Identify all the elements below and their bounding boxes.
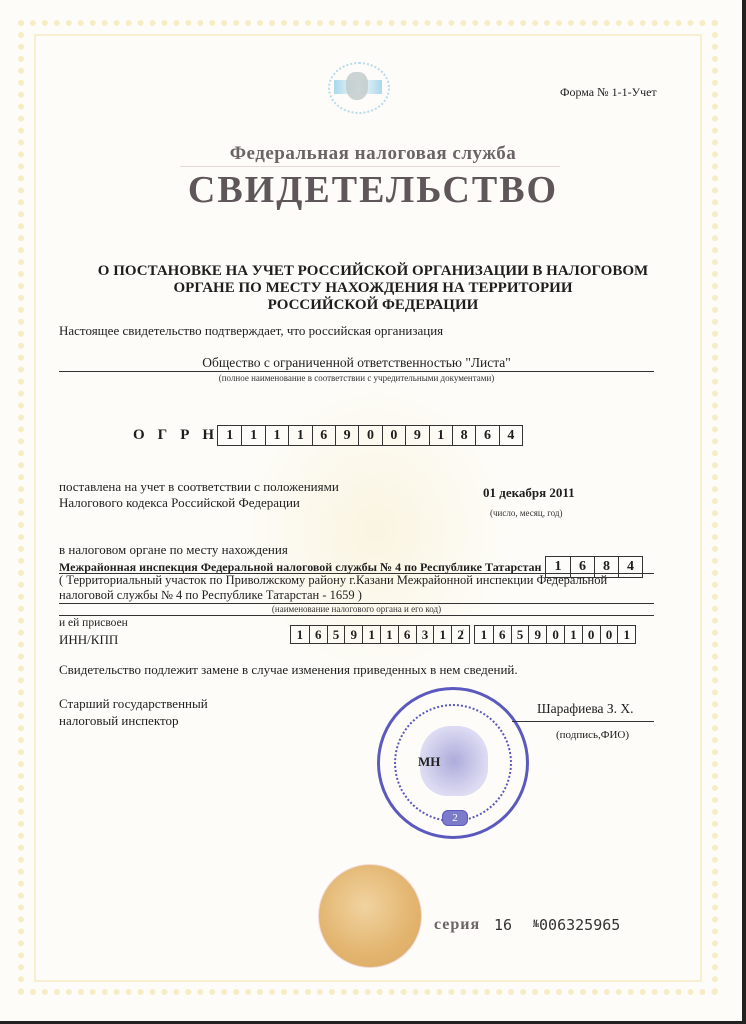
signature-caption: (подпись,ФИО) <box>556 729 629 741</box>
digit-cell: 0 <box>582 626 600 643</box>
registration-line: Налогового кодекса Российской Федерации <box>59 495 339 511</box>
digit-cell: 6 <box>312 426 335 445</box>
series-label: серия <box>434 916 480 934</box>
digit-cell: 6 <box>475 426 498 445</box>
subtitle-line: ОРГАНЕ ПО МЕСТУ НАХОЖДЕНИЯ НА ТЕРРИТОРИИ <box>0 280 746 297</box>
digit-cell: 1 <box>291 626 309 643</box>
digit-cell: 1 <box>241 426 264 445</box>
inn-digit-boxes: 1659116312 <box>290 625 470 644</box>
official-stamp: 2 <box>377 687 529 839</box>
org-name-caption: (полное наименование в соответствии с уч… <box>59 373 654 383</box>
document-title: СВИДЕТЕЛЬСТВО <box>0 168 746 212</box>
digit-cell: 9 <box>528 626 546 643</box>
position-line: Старший государственный <box>59 695 208 712</box>
tax-authority-lead: в налоговом органе по месту нахождения <box>59 542 288 558</box>
serial-number: №006325965 <box>533 916 620 934</box>
digit-cell: 5 <box>327 626 345 643</box>
inn-kpp-label: ИНН/КПП <box>59 632 118 648</box>
digit-cell: 8 <box>452 426 475 445</box>
digit-cell: 1 <box>362 626 380 643</box>
digit-cell: 9 <box>335 426 358 445</box>
digit-cell: 1 <box>475 626 493 643</box>
digit-cell: 0 <box>600 626 618 643</box>
digit-cell: 1 <box>218 426 241 445</box>
stamp-number: 2 <box>442 810 468 826</box>
ogrn-label: ОГРН <box>133 427 227 444</box>
fns-emblem-icon <box>328 62 388 112</box>
inn-kpp-separator: / <box>460 626 464 642</box>
org-name-underline <box>59 371 654 372</box>
subtitle-line: РОССИЙСКОЙ ФЕДЕРАЦИИ <box>0 297 746 314</box>
kpp-digit-boxes: 165901001 <box>474 625 636 644</box>
assigned-text: и ей присвоен <box>59 617 128 629</box>
registration-line: поставлена на учет в соответствии с поло… <box>59 479 339 495</box>
digit-cell: 1 <box>433 626 451 643</box>
date-caption: (число, месяц, год) <box>490 508 562 518</box>
organization-name: Общество с ограниченной ответственностью… <box>59 355 654 371</box>
caption-underline <box>59 615 654 616</box>
inspector-position: Старший государственный налоговый инспек… <box>59 695 208 729</box>
digit-cell: 5 <box>511 626 529 643</box>
digit-cell: 1 <box>380 626 398 643</box>
digit-cell: 1 <box>564 626 582 643</box>
gold-seal-icon <box>318 864 422 968</box>
document-subtitle: О ПОСТАНОВКЕ НА УЧЕТ РОССИЙСКОЙ ОРГАНИЗА… <box>0 263 746 314</box>
digit-cell: 1 <box>429 426 452 445</box>
digit-cell: 0 <box>358 426 381 445</box>
signer-name: Шарафиева З. Х. <box>537 701 634 717</box>
subtitle-line: О ПОСТАНОВКЕ НА УЧЕТ РОССИЙСКОЙ ОРГАНИЗА… <box>0 263 746 280</box>
registration-date: 01 декабря 2011 <box>483 485 575 501</box>
registration-text: поставлена на учет в соответствии с поло… <box>59 479 339 511</box>
digit-cell: 1 <box>288 426 311 445</box>
signature-underline <box>512 721 654 722</box>
tax-authority-caption: (наименование налогового органа и его ко… <box>59 604 654 614</box>
digit-cell: 3 <box>416 626 434 643</box>
ogrn-digit-boxes: 1111690091864 <box>217 425 523 446</box>
digit-cell: 6 <box>493 626 511 643</box>
digit-cell: 4 <box>499 426 522 445</box>
stamp-initials: МН <box>418 754 440 770</box>
form-number: Форма № 1-1-Учет <box>560 85 657 100</box>
agency-name: Федеральная налоговая служба <box>0 143 746 165</box>
replacement-notice: Свидетельство подлежит замене в случае и… <box>59 662 518 678</box>
serial-number-value: 006325965 <box>539 916 620 934</box>
position-line: налоговый инспектор <box>59 712 208 729</box>
digit-cell: 0 <box>382 426 405 445</box>
title-divider <box>180 166 560 167</box>
digit-cell: 1 <box>265 426 288 445</box>
series-value: 16 <box>494 916 512 934</box>
digit-cell: 6 <box>398 626 416 643</box>
territorial-unit: ( Территориальный участок по Приволжском… <box>59 573 654 603</box>
intro-text: Настоящее свидетельство подтверждает, чт… <box>59 323 443 339</box>
digit-cell: 9 <box>405 426 428 445</box>
digit-cell: 1 <box>617 626 635 643</box>
digit-cell: 0 <box>546 626 564 643</box>
digit-cell: 6 <box>309 626 327 643</box>
digit-cell: 9 <box>344 626 362 643</box>
